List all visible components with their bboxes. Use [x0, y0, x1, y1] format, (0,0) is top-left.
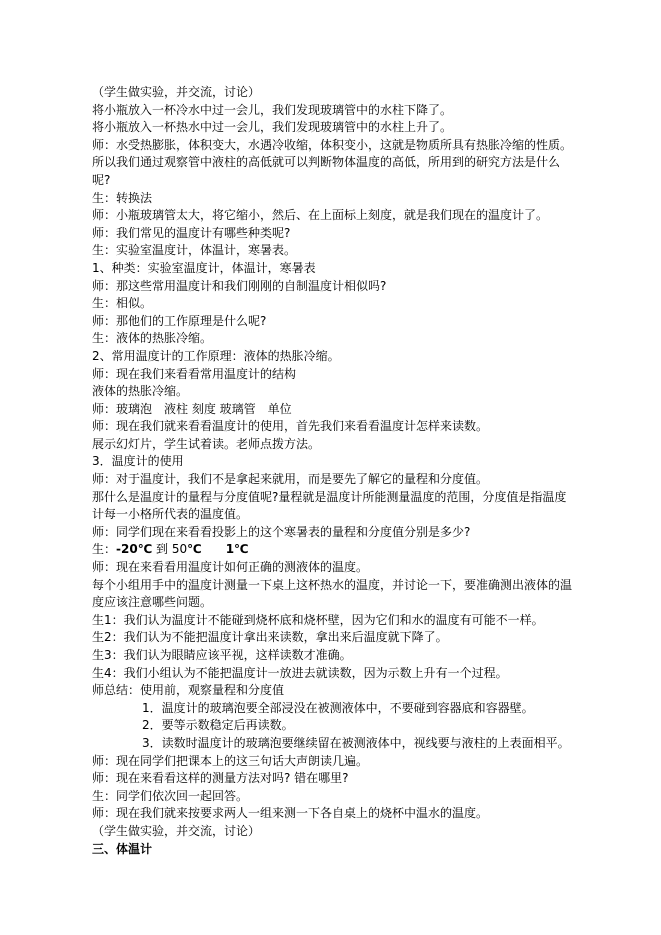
text-line: 度应该注意哪些问题。 — [92, 594, 574, 612]
text-line: 师：那他们的工作原理是什么呢? — [92, 313, 574, 331]
text-segment: 1℃ — [226, 542, 249, 556]
text-line: 液体的热胀冷缩。 — [92, 383, 574, 401]
document-page: （学生做实验，并交流，讨论）将小瓶放入一杯冷水中过一会儿，我们发现玻璃管中的水柱… — [0, 0, 661, 935]
text-line: 计每一小格所代表的温度值。 — [92, 506, 574, 524]
text-line: 师：现在我们就来看看温度计的使用，首先我们来看看温度计怎样来读数。 — [92, 418, 574, 436]
text-line: 所以我们通过观察管中液柱的高低就可以判断物体温度的高低，所用到的研究方法是什么 — [92, 154, 574, 172]
text-line: 师：那这些常用温度计和我们刚刚的自制温度计相似吗? — [92, 278, 574, 296]
text-line: 1、种类：实验室温度计，体温计，寒暑表 — [92, 260, 574, 278]
text-line: 师：现在我们来看看常用温度计的结构 — [92, 366, 574, 384]
section-heading: 三、体温计 — [92, 841, 574, 859]
text-line: 2．要等示数稳定后再读数。 — [92, 717, 574, 735]
text-line: 呢? — [92, 172, 574, 190]
document-lines: （学生做实验，并交流，讨论）将小瓶放入一杯冷水中过一会儿，我们发现玻璃管中的水柱… — [92, 84, 574, 858]
text-line: 师：现在同学们把课本上的这三句话大声朗读几遍。 — [92, 753, 574, 771]
text-line: 生3：我们认为眼睛应该平视，这样读数才准确。 — [92, 647, 574, 665]
text-line: 生：同学们依次回一起回答。 — [92, 788, 574, 806]
text-segment: 到 — [152, 542, 172, 556]
text-line: 师总结：使用前，观察量程和分度值 — [92, 682, 574, 700]
text-line: 那什么是温度计的量程与分度值呢?量程就是温度计所能测量温度的范围，分度值是指温度 — [92, 489, 574, 507]
text-line: 将小瓶放入一杯冷水中过一会儿，我们发现玻璃管中的水柱下降了。 — [92, 102, 574, 120]
text-segment — [202, 542, 226, 556]
text-line: 师：现在来看看用温度计如何正确的测液体的温度。 — [92, 559, 574, 577]
text-line: 师：水受热膨胀，体积变大，水遇冷收缩，体积变小，这就是物质所具有热胀冷缩的性质。 — [92, 137, 574, 155]
text-line: 师：同学们现在来看看投影上的这个寒暑表的量程和分度值分别是多少? — [92, 524, 574, 542]
text-line: 1．温度计的玻璃泡要全部浸没在被测液体中，不要碰到容器底和容器壁。 — [92, 700, 574, 718]
text-line: （学生做实验，并交流，讨论） — [92, 84, 574, 102]
text-line: 生：-20℃ 到 50℃ 1℃ — [92, 541, 574, 559]
text-line: （学生做实验，并交流，讨论） — [92, 823, 574, 841]
text-line: 生：转换法 — [92, 190, 574, 208]
text-line: 展示幻灯片，学生试着读。老师点拨方法。 — [92, 436, 574, 454]
text-line: 师：我们常见的温度计有哪些种类呢? — [92, 225, 574, 243]
text-line: 生1：我们认为温度计不能碰到烧杯底和烧杯壁，因为它们和水的温度有可能不一样。 — [92, 612, 574, 630]
text-segment: 50 — [172, 542, 187, 556]
text-line: 生：液体的热胀冷缩。 — [92, 330, 574, 348]
text-segment: ℃ — [187, 542, 202, 556]
text-line: 生：相似。 — [92, 295, 574, 313]
text-line: 每个小组用手中的温度计测量一下桌上这杯热水的温度，并讨论一下，要准确测出液体的温 — [92, 577, 574, 595]
document-body: （学生做实验，并交流，讨论）将小瓶放入一杯冷水中过一会儿，我们发现玻璃管中的水柱… — [92, 84, 574, 858]
text-line: 3．温度计的使用 — [92, 453, 574, 471]
text-line: 师：小瓶玻璃管太大，将它缩小，然后、在上面标上刻度，就是我们现在的温度计了。 — [92, 207, 574, 225]
text-segment: -20℃ — [116, 542, 152, 556]
text-line: 生：实验室温度计，体温计，寒暑表。 — [92, 242, 574, 260]
text-line: 师：现在来看看这样的测量方法对吗? 错在哪里? — [92, 770, 574, 788]
text-line: 生2：我们认为不能把温度计拿出来读数，拿出来后温度就下降了。 — [92, 629, 574, 647]
text-segment: 生： — [92, 542, 116, 556]
text-line: 师：玻璃泡 液柱 刻度 玻璃管 单位 — [92, 401, 574, 419]
text-line: 师：现在我们就来按要求两人一组来测一下各自桌上的烧杯中温水的温度。 — [92, 805, 574, 823]
text-line: 生4：我们小组认为不能把温度计一放进去就读数，因为示数上升有一个过程。 — [92, 665, 574, 683]
text-line: 将小瓶放入一杯热水中过一会儿，我们发现玻璃管中的水柱上升了。 — [92, 119, 574, 137]
text-line: 3．读数时温度计的玻璃泡要继续留在被测液体中，视线要与液柱的上表面相平。 — [92, 735, 574, 753]
text-line: 师：对于温度计，我们不是拿起来就用，而是要先了解它的量程和分度值。 — [92, 471, 574, 489]
text-line: 2、常用温度计的工作原理：液体的热胀冷缩。 — [92, 348, 574, 366]
